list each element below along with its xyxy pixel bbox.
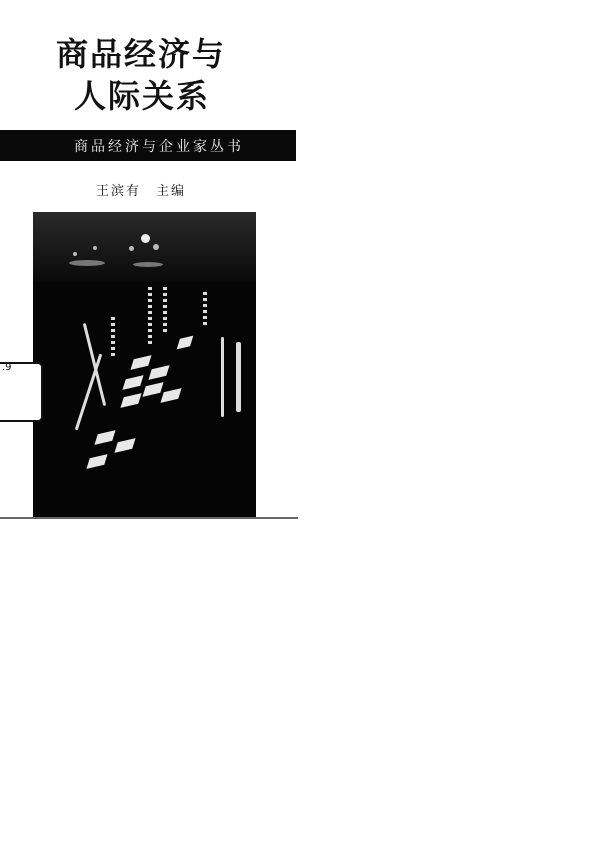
light-icon: [141, 234, 150, 243]
tile: [177, 336, 194, 350]
title-line-2: 人际关系: [74, 76, 274, 116]
reflection: [111, 317, 115, 357]
tile: [122, 375, 143, 390]
tile: [148, 365, 169, 380]
tile: [120, 393, 141, 408]
label-text: .9: [2, 362, 12, 373]
cover-photo: [33, 212, 256, 518]
tile: [160, 388, 181, 403]
pole: [221, 337, 224, 417]
series-band: 商品经济与企业家丛书: [0, 130, 296, 161]
series-name: 商品经济与企业家丛书: [74, 136, 244, 156]
light-icon: [93, 246, 97, 250]
reflection: [163, 287, 167, 332]
photo-sky: [33, 212, 256, 282]
pole: [236, 342, 241, 412]
title-line-1: 商品经济与: [56, 34, 256, 74]
light-icon: [129, 246, 134, 251]
tile: [114, 438, 135, 453]
tile: [130, 355, 151, 370]
tile: [86, 454, 107, 469]
light-icon: [153, 244, 159, 250]
pole: [75, 353, 103, 430]
lamp-icon: [133, 262, 163, 267]
library-label: .9: [0, 362, 43, 422]
reflection: [203, 292, 207, 327]
author-credit: 王滨有 主编: [96, 180, 186, 199]
tile: [94, 430, 115, 445]
light-icon: [73, 252, 77, 256]
reflection: [148, 287, 152, 347]
baseline-rule: [0, 517, 298, 519]
tile: [142, 382, 163, 397]
lamp-icon: [69, 260, 105, 266]
